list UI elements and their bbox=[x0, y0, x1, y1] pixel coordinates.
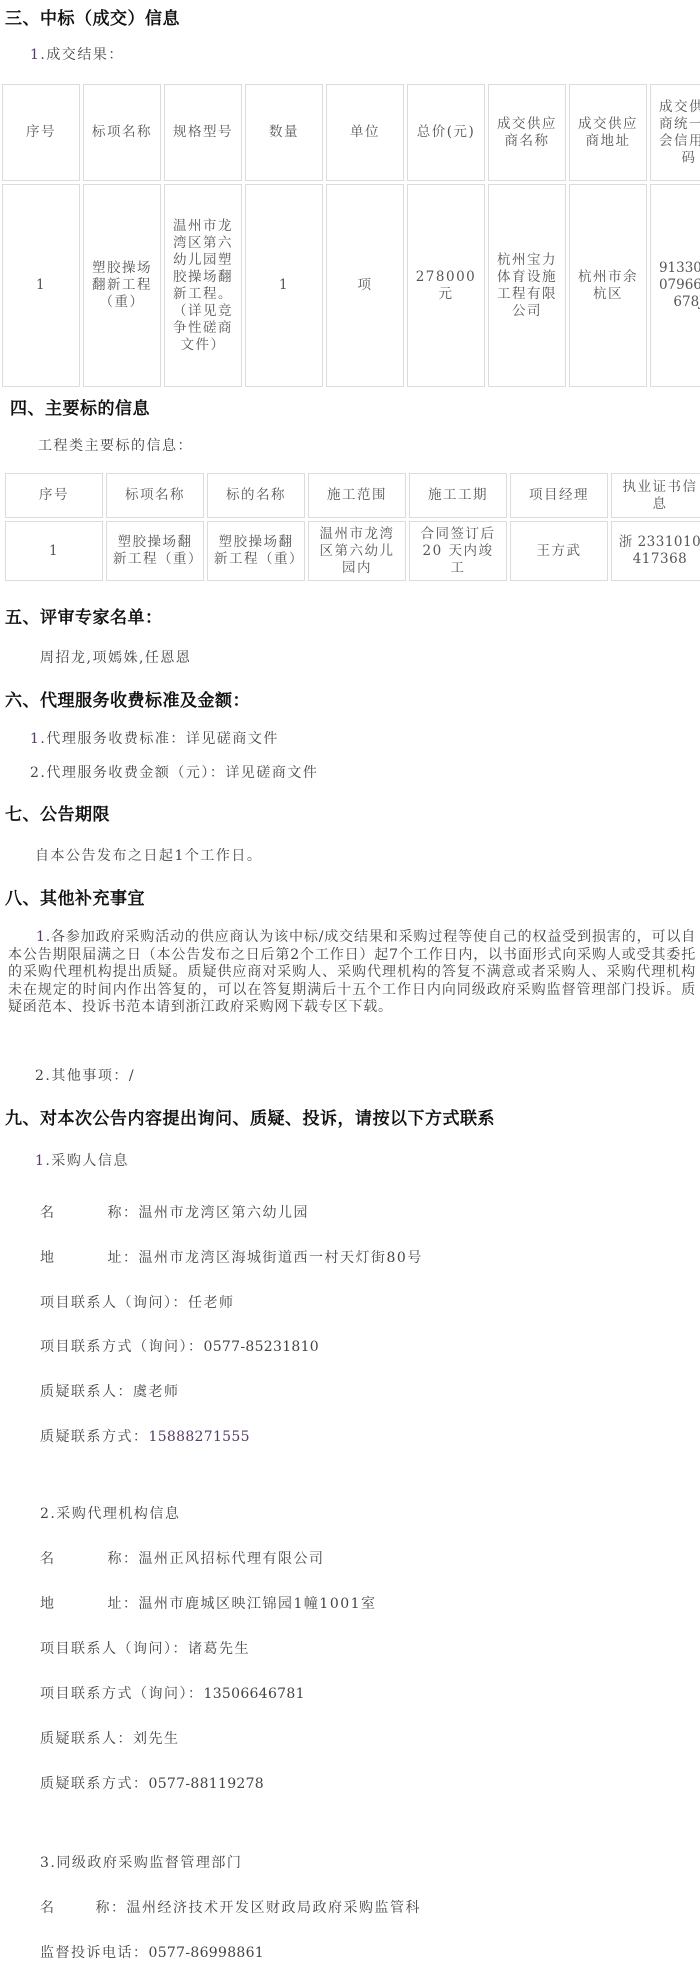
purchaser-name: 名称：温州市龙湾区第六幼儿园 bbox=[40, 1202, 309, 1222]
purchaser-query-contact: 质疑联系人：虞老师 bbox=[40, 1381, 180, 1401]
deal-result-subtitle: 1.成交结果： bbox=[30, 44, 124, 64]
section-3-heading: 三、中标（成交）信息 bbox=[5, 4, 180, 29]
section-6-heading: 六、代理服务收费标准及金额： bbox=[5, 686, 250, 711]
cell-certificate: 浙 2331010417368 bbox=[611, 521, 700, 581]
table-row: 1 塑胶操场翻新工程（重） 温州市龙湾区第六幼儿园塑胶操场翻新工程。（详见竞争性… bbox=[2, 184, 700, 387]
header-cell: 执业证书信息 bbox=[611, 473, 700, 518]
agency-phone: 项目联系方式（询问）：13506646781 bbox=[40, 1683, 305, 1703]
agency-address: 地址：温州市鹿城区映江锦园1幢1001室 bbox=[40, 1593, 377, 1613]
supervisor-heading: 3.同级政府采购监督管理部门 bbox=[40, 1852, 242, 1872]
section-7-heading: 七、公告期限 bbox=[5, 800, 110, 825]
purchaser-heading: 1.采购人信息 bbox=[35, 1150, 129, 1170]
table-header-row: 序号 标项名称 标的名称 施工范围 施工工期 项目经理 执业证书信息 bbox=[5, 473, 700, 518]
fee-standard: 1.代理服务收费标准：详见磋商文件 bbox=[30, 728, 279, 748]
header-cell: 单位 bbox=[326, 84, 404, 181]
header-cell: 标的名称 bbox=[207, 473, 305, 518]
purchaser-query-phone: 质疑联系方式：15888271555 bbox=[40, 1426, 250, 1446]
header-cell: 标项名称 bbox=[83, 84, 161, 181]
table-header-row: 序号 标项名称 规格型号 数量 单位 总价(元) 成交供应商名称 成交供应商地址… bbox=[2, 84, 700, 181]
supervisor-phone: 监督投诉电话：0577-86998861 bbox=[40, 1942, 264, 1962]
cell-quantity: 1 bbox=[245, 184, 323, 387]
deal-result-table: 序号 标项名称 规格型号 数量 单位 总价(元) 成交供应商名称 成交供应商地址… bbox=[0, 81, 700, 390]
cell-duration: 合同签订后 20 天内竣工 bbox=[409, 521, 507, 581]
section-5-heading: 五、评审专家名单： bbox=[5, 603, 163, 628]
cell-manager: 王方武 bbox=[510, 521, 608, 581]
agency-query-phone: 质疑联系方式：0577-88119278 bbox=[40, 1773, 264, 1793]
agency-query-contact: 质疑联系人：刘先生 bbox=[40, 1728, 180, 1748]
purchaser-address: 地址：温州市龙湾区海城街道西一村天灯街80号 bbox=[40, 1247, 423, 1267]
purchaser-contact: 项目联系人（询问）：任老师 bbox=[40, 1292, 235, 1312]
fee-amount: 2.代理服务收费金额（元）：详见磋商文件 bbox=[30, 762, 318, 782]
agency-heading: 2.采购代理机构信息 bbox=[40, 1503, 180, 1523]
cell-index: 1 bbox=[2, 184, 80, 387]
complaint-instructions: 1.各参加政府采购活动的供应商认为该中标/成交结果和采购过程等使自己的权益受到损… bbox=[8, 929, 696, 1017]
supervisor-name: 名称：温州经济技术开发区财政局政府采购监管科 bbox=[40, 1897, 421, 1917]
header-cell: 施工范围 bbox=[308, 473, 406, 518]
header-cell: 标项名称 bbox=[106, 473, 204, 518]
cell-item-name: 塑胶操场翻新工程（重） bbox=[83, 184, 161, 387]
table-row: 1 塑胶操场翻新工程（重） 塑胶操场翻新工程（重） 温州市龙湾区第六幼儿园内 合… bbox=[5, 521, 700, 581]
header-cell: 总价(元) bbox=[407, 84, 485, 181]
header-cell: 序号 bbox=[5, 473, 103, 518]
cell-credit-code: 91330110796667678J bbox=[650, 184, 700, 387]
agency-contact: 项目联系人（询问）：诸葛先生 bbox=[40, 1638, 250, 1658]
agency-name: 名称：温州正风招标代理有限公司 bbox=[40, 1548, 325, 1568]
cell-total-price: 278000元 bbox=[407, 184, 485, 387]
header-cell: 数量 bbox=[245, 84, 323, 181]
purchaser-phone: 项目联系方式（询问）：0577-85231810 bbox=[40, 1336, 319, 1356]
expert-list: 周招龙,项嫣姝,任恩恩 bbox=[40, 647, 191, 667]
header-cell: 项目经理 bbox=[510, 473, 608, 518]
main-subject-subtitle: 工程类主要标的信息： bbox=[38, 435, 193, 455]
cell-index: 1 bbox=[5, 521, 103, 581]
cell-supplier-address: 杭州市余杭区 bbox=[569, 184, 647, 387]
header-cell: 序号 bbox=[2, 84, 80, 181]
cell-unit: 项 bbox=[326, 184, 404, 387]
section-9-heading: 九、对本次公告内容提出询问、质疑、投诉，请按以下方式联系 bbox=[5, 1104, 495, 1129]
notice-period-text: 自本公告发布之日起1个工作日。 bbox=[35, 845, 262, 865]
cell-spec: 温州市龙湾区第六幼儿园塑胶操场翻新工程。（详见竞争性磋商文件） bbox=[164, 184, 242, 387]
cell-scope: 温州市龙湾区第六幼儿园内 bbox=[308, 521, 406, 581]
header-cell: 成交供应商地址 bbox=[569, 84, 647, 181]
header-cell: 规格型号 bbox=[164, 84, 242, 181]
main-subject-table: 序号 标项名称 标的名称 施工范围 施工工期 项目经理 执业证书信息 1 塑胶操… bbox=[2, 470, 700, 584]
header-cell: 成交供应商统一社会信用代码 bbox=[650, 84, 700, 181]
section-8-heading: 八、其他补充事宜 bbox=[5, 884, 145, 909]
cell-subject-name: 塑胶操场翻新工程（重） bbox=[207, 521, 305, 581]
header-cell: 施工工期 bbox=[409, 473, 507, 518]
header-cell: 成交供应商名称 bbox=[488, 84, 566, 181]
other-matters: 2.其他事项：/ bbox=[35, 1065, 135, 1085]
cell-supplier-name: 杭州宝力体育设施工程有限公司 bbox=[488, 184, 566, 387]
section-4-heading: 四、主要标的信息 bbox=[10, 394, 150, 419]
cell-item-name: 塑胶操场翻新工程（重） bbox=[106, 521, 204, 581]
